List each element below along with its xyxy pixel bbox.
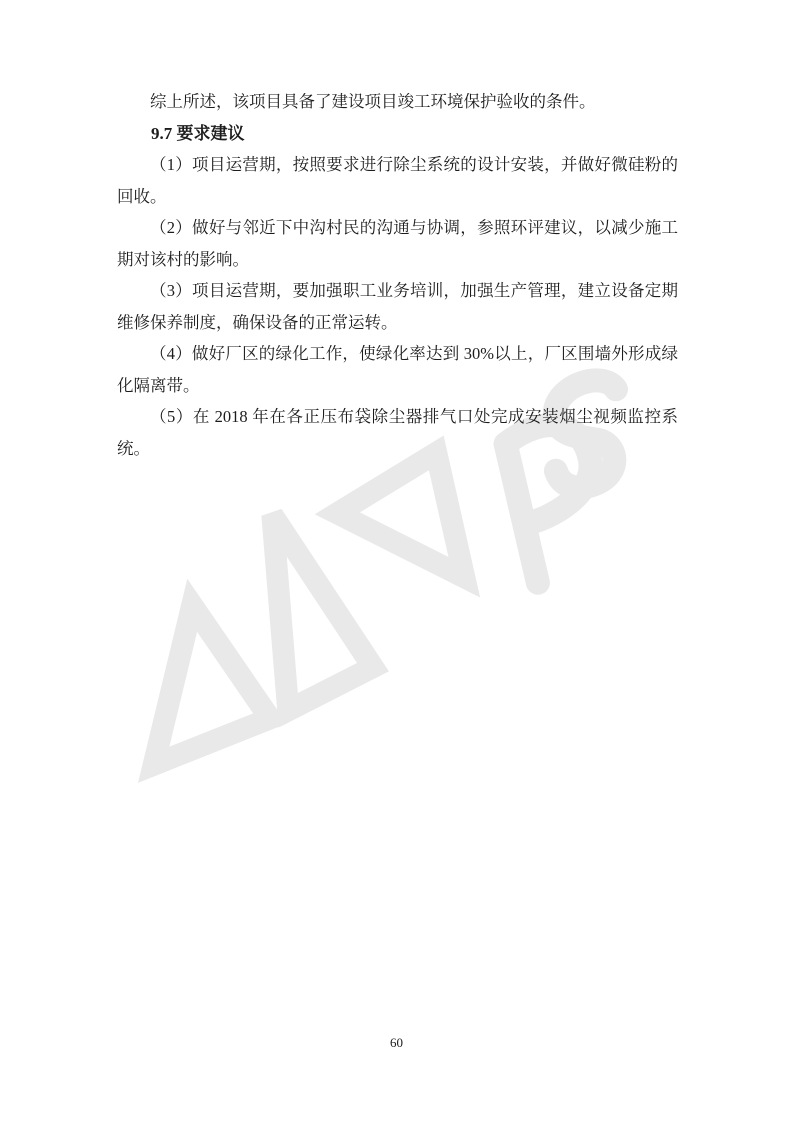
wps-letter-p-stem-icon (481, 444, 563, 583)
recommendation-item-5: （5）在 2018 年在各正压布袋除尘器排气口处完成安装烟尘视频监控系统。 (117, 401, 678, 464)
wps-w-fold-2-icon (213, 503, 375, 711)
document-page: 综上所述，该项目具备了建设项目竣工环境保护验收的条件。 9.7 要求建议 （1）… (0, 0, 793, 1122)
page-number: 60 (0, 1034, 793, 1052)
wps-w-fold-3-icon (331, 453, 487, 614)
wps-w-fold-1-icon (101, 595, 270, 769)
section-heading: 9.7 要求建议 (117, 118, 678, 150)
recommendation-item-1: （1）项目运营期，按照要求进行除尘系统的设计安装，并做好微硅粉的回收。 (117, 149, 678, 212)
recommendation-item-3: （3）项目运营期，要加强职工业务培训，加强生产管理，建立设备定期维修保养制度，确… (117, 275, 678, 338)
paragraph-intro: 综上所述，该项目具备了建设项目竣工环境保护验收的条件。 (117, 86, 678, 118)
recommendation-item-2: （2）做好与邻近下中沟村民的沟通与协调，参照环评建议，以减少施工期对该村的影响。 (117, 212, 678, 275)
recommendation-item-4: （4）做好厂区的绿化工作，使绿化率达到 30%以上，厂区围墙外形成绿化隔离带。 (117, 338, 678, 401)
document-body: 综上所述，该项目具备了建设项目竣工环境保护验收的条件。 9.7 要求建议 （1）… (117, 86, 678, 464)
